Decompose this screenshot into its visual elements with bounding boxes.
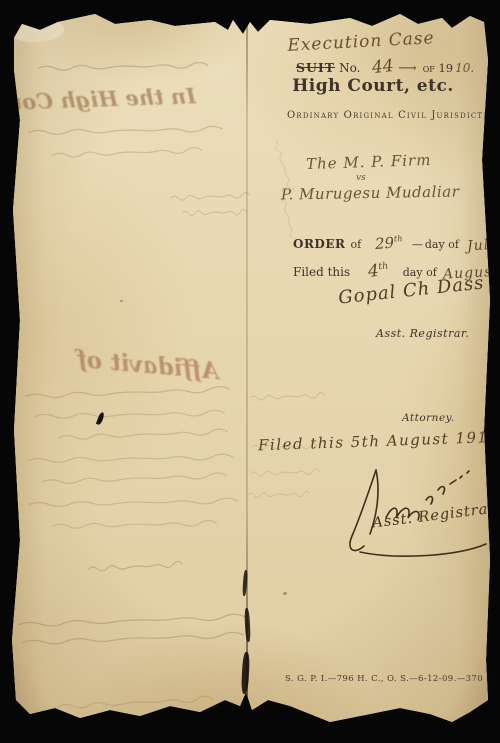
print-code: S. G. P. I.—796 H. C., O. S.—6-12-09.—37… — [285, 674, 500, 684]
bleedthrough-scribble — [42, 471, 227, 487]
case-type-annotation: Execution Case — [286, 28, 437, 56]
bleedthrough-scribble — [22, 630, 244, 648]
paper-speck — [283, 592, 287, 595]
bleedthrough-scribble — [28, 124, 223, 137]
order-date-handwritten: July 1910 — [466, 233, 500, 254]
bleedthrough-scribble — [250, 391, 325, 404]
bleedthrough-scribble — [25, 384, 230, 401]
bleedthrough-scribble — [18, 612, 246, 630]
year-handwritten: 10. — [455, 61, 474, 75]
bleedthrough-scribble — [35, 408, 225, 421]
defendant-name: P. Murugesu Mudaliar — [281, 182, 460, 203]
bleedthrough-scribble — [248, 489, 310, 500]
no-label: No. — [339, 61, 360, 75]
order-label: ORDER — [293, 237, 345, 251]
suit-label: SUIT — [296, 60, 335, 75]
suit-number: 44 — [371, 56, 395, 78]
fold-tear — [241, 652, 250, 694]
arrow-mark: ⟶ — [398, 61, 417, 76]
plaintiff-name: The M. P. Firm — [306, 151, 432, 173]
paper-speck — [430, 82, 432, 84]
registrar-title: Asst. Registrar. — [376, 327, 469, 340]
court-title: High Court, etc. — [287, 76, 459, 96]
filing-note-handwritten: Filed this 5th August 1910. — [258, 428, 500, 455]
bleedthrough-scribble — [28, 496, 238, 510]
of-year-label: of 19 — [423, 61, 453, 75]
filed-day-handwritten: 4th — [367, 260, 389, 282]
order-day-handwritten: 29th — [375, 233, 404, 253]
attorney-label: Attorney. — [402, 412, 455, 424]
bleedthrough-scribble — [58, 694, 213, 712]
order-of-label: of — [350, 238, 361, 251]
fold-tear — [244, 608, 251, 642]
bleedthrough-scribble — [52, 145, 202, 160]
bleedthrough-scribble — [38, 61, 208, 74]
scanned-document-photo: In the High Court Affidavit of Execution… — [0, 0, 500, 743]
torn-paper-flap — [11, 15, 66, 45]
paper-speck — [120, 300, 123, 302]
bleedthrough-scribble — [28, 452, 233, 466]
bleedthrough-scribble — [88, 560, 183, 575]
order-day-of-label: day of — [425, 238, 459, 251]
bleedthrough-scribble — [52, 519, 217, 532]
order-dash: — — [412, 238, 423, 251]
document-page: In the High Court Affidavit of Execution… — [10, 12, 492, 726]
order-date-line: ORDER of 29th — day of July 1910 — [293, 234, 500, 252]
paper-speck — [330, 243, 333, 246]
bleedthrough-scribble — [58, 427, 228, 443]
bleedthrough-scribble — [250, 467, 320, 479]
bleedthrough-scribble — [182, 207, 247, 218]
versus-label: vs — [356, 173, 366, 183]
suit-number-line: SUIT No. 44 ⟶ of 19 10. — [296, 57, 474, 77]
jurisdiction-line: Ordinary Original Civil Jurisdiction. — [287, 110, 459, 121]
bleedthrough-court-text: In the High Court — [36, 83, 197, 114]
bleedthrough-scribble — [170, 191, 250, 204]
filed-label: Filed this — [293, 265, 350, 279]
bleedthrough-affidavit-text: Affidavit of — [67, 345, 229, 386]
